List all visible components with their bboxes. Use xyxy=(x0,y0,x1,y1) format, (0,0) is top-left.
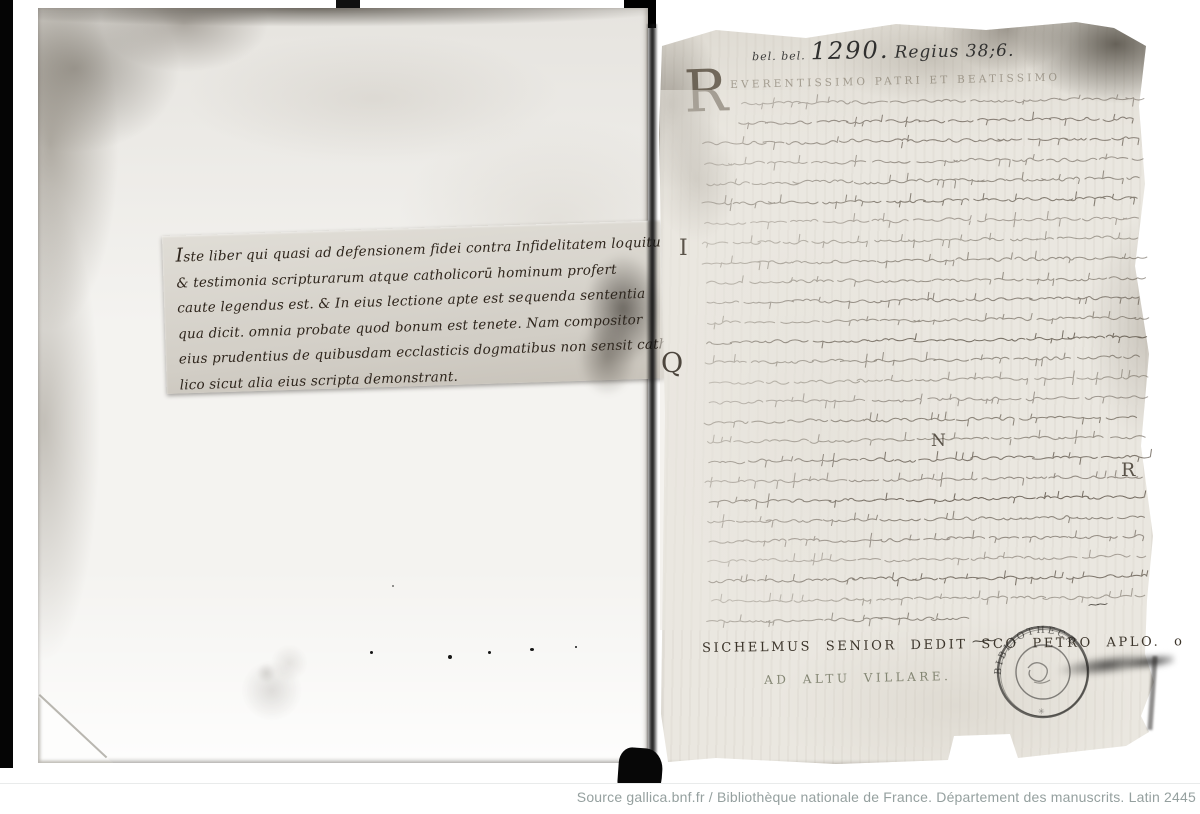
manuscript-scan-page: Iste liber qui quasi ad defensionem fide… xyxy=(0,0,1200,814)
ink-speck xyxy=(488,651,491,654)
faint-doodle-mark xyxy=(215,618,350,743)
stamp-star: ✳ xyxy=(1038,707,1045,716)
film-edge-strip xyxy=(0,0,13,768)
ink-speck xyxy=(448,655,452,659)
source-attribution-text: Source gallica.bnf.fr / Bibliothèque nat… xyxy=(577,789,1196,805)
marginal-initial-I: I xyxy=(679,236,688,261)
ink-speck xyxy=(530,648,534,651)
pen-flourish: ⁓⁓ xyxy=(1088,597,1107,611)
note-text-block: Iste liber qui quasi ad defensionem fide… xyxy=(175,231,595,399)
ink-speck xyxy=(575,646,577,648)
ink-speck xyxy=(370,651,373,654)
marginal-initial-Q: Q xyxy=(661,348,683,379)
inline-initial-R: R xyxy=(1121,459,1135,481)
inline-initial-N: N xyxy=(931,431,946,451)
source-caption-bar: Source gallica.bnf.fr / Bibliothèque nat… xyxy=(0,784,1200,814)
faded-ink-region xyxy=(660,90,900,630)
ink-speck xyxy=(392,585,394,587)
